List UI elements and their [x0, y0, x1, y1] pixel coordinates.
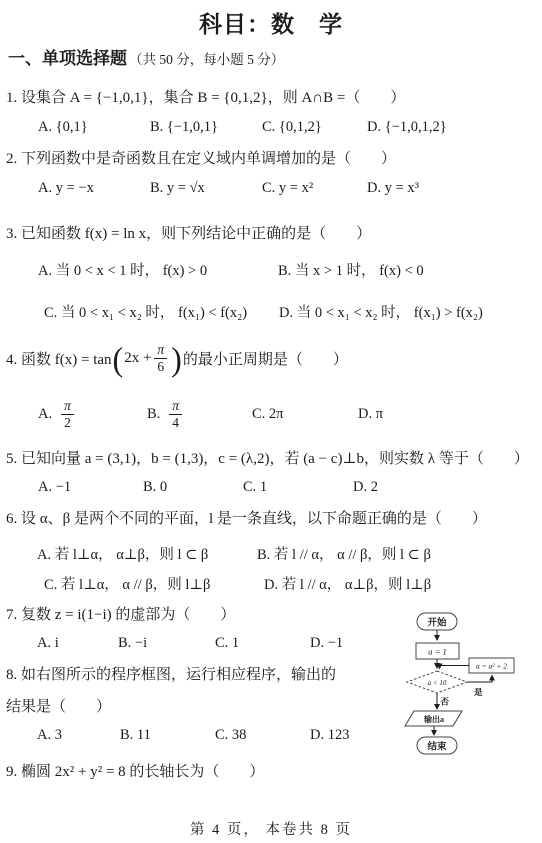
page-title: 科目：数 学 [0, 6, 542, 39]
q5-option-c: C. 1 [243, 479, 353, 496]
q6-option-a: A. 若 l⊥α， α⊥β，则 l ⊂ β [37, 543, 257, 564]
init-node-label: a = 1 [428, 647, 447, 657]
q4-right-paren: ) [171, 342, 182, 376]
q5-option-a: A. −1 [38, 479, 143, 496]
q4-option-b-numerator: π [169, 398, 182, 415]
q4-stem-fraction: π 6 [154, 342, 167, 375]
end-node-label: 结束 [427, 741, 447, 753]
q4-option-b-label: B. [147, 406, 160, 423]
page-footer: 第 4 页， 本卷共 8 页 [0, 818, 542, 839]
q1-option-b: B. {−1,0,1} [150, 119, 262, 136]
q7-stem: 7. 复数 z = i(1−i) 的虚部为（ ） [6, 603, 235, 624]
q3-options-row2: C. 当 0 < x₁ < x₂ 时， f(x₁) < f(x₂)D. 当 0 … [44, 301, 483, 322]
q3-options-row1: A. 当 0 < x < 1 时， f(x) > 0B. 当 x > 1 时， … [38, 259, 424, 280]
q3-option-a: A. 当 0 < x < 1 时， f(x) > 0 [38, 259, 278, 280]
q4-option-a-numerator: π [61, 398, 74, 415]
q3-option-b: B. 当 x > 1 时， f(x) < 0 [278, 259, 424, 280]
q7-option-a: A. i [37, 635, 118, 652]
q5-option-d: D. 2 [353, 479, 378, 496]
q3-stem: 3. 已知函数 f(x) = ln x，则下列结论中正确的是（ ） [6, 222, 371, 243]
q1-option-c: C. {0,1,2} [262, 119, 367, 136]
q6-stem: 6. 设 α、β 是两个不同的平面，l 是一条直线，以下命题正确的是（ ） [6, 507, 487, 528]
q4-option-a-fraction: π 2 [61, 398, 74, 431]
flow-arrow-yes [467, 676, 492, 683]
q7-options: A. iB. −iC. 1D. −1 [37, 635, 343, 652]
section-note: （共 50 分，每小题 5 分） [129, 52, 284, 67]
q4-option-a: A. π 2 [38, 398, 147, 431]
q4-stem-inner: 2x + [124, 350, 151, 367]
condition-label: a < 10 [428, 679, 447, 687]
q8-option-a: A. 3 [37, 727, 120, 744]
q3-option-d: D. 当 0 < x₁ < x₂ 时， f(x₁) > f(x₂) [279, 301, 483, 322]
q7-option-d: D. −1 [310, 635, 343, 652]
exam-page: 科目：数 学 一、单项选择题（共 50 分，每小题 5 分） 1. 设集合 A … [0, 0, 542, 843]
q4-option-a-label: A. [38, 406, 52, 423]
q6-options-row1: A. 若 l⊥α， α⊥β，则 l ⊂ βB. 若 l // α， α // β… [37, 543, 431, 564]
q1-option-a: A. {0,1} [38, 119, 150, 136]
q8-options: A. 3B. 11C. 38D. 123 [37, 727, 349, 744]
no-label: 否 [441, 697, 450, 707]
q4-stem-prefix: 4. 函数 f(x) = tan [6, 348, 112, 369]
q2-options: A. y = −xB. y = √xC. y = x²D. y = x³ [38, 180, 419, 197]
q8-stem-line1: 8. 如右图所示的程序框图，运行相应程序，输出的 [6, 663, 336, 684]
q4-frac-numerator: π [154, 342, 167, 359]
q1-stem: 1. 设集合 A = {−1,0,1}，集合 B = {0,1,2}，则 A∩B… [6, 86, 405, 107]
flowchart: 开始 a = 1 a = a² + 2 a < 10 是 否 输出a 结束 [390, 605, 542, 765]
q4-option-d: D. π [358, 406, 383, 423]
q9-stem: 9. 椭圆 2x² + y² = 8 的长轴长为（ ） [6, 760, 264, 781]
q4-frac-denominator: 6 [154, 359, 167, 375]
q5-option-b: B. 0 [143, 479, 243, 496]
q8-option-c: C. 38 [215, 727, 310, 744]
section-heading-row: 一、单项选择题（共 50 分，每小题 5 分） [8, 44, 284, 69]
q8-stem-line2: 结果是（ ） [6, 695, 111, 716]
output-node-label: 输出a [423, 714, 444, 724]
q7-option-c: C. 1 [215, 635, 310, 652]
q8-option-b: B. 11 [120, 727, 215, 744]
q2-option-d: D. y = x³ [367, 180, 419, 197]
q1-option-d: D. {−1,0,1,2} [367, 119, 447, 136]
q4-left-paren: ( [113, 342, 124, 376]
q4-options: A. π 2 B. π 4 C. 2π D. π [38, 398, 383, 431]
q6-option-d: D. 若 l // α， α⊥β，则 l⊥β [264, 573, 431, 594]
yes-label: 是 [474, 687, 483, 697]
q6-option-c: C. 若 l⊥α， α // β，则 l⊥β [44, 573, 264, 594]
q1-options: A. {0,1}B. {−1,0,1}C. {0,1,2}D. {−1,0,1,… [38, 119, 447, 136]
q8-option-d: D. 123 [310, 727, 349, 744]
q2-option-b: B. y = √x [150, 180, 262, 197]
q4-option-b: B. π 4 [147, 398, 252, 431]
q3-option-c: C. 当 0 < x₁ < x₂ 时， f(x₁) < f(x₂) [44, 301, 279, 322]
q6-options-row2: C. 若 l⊥α， α // β，则 l⊥βD. 若 l // α， α⊥β，则… [44, 573, 431, 594]
q7-option-b: B. −i [118, 635, 215, 652]
q4-stem: 4. 函数 f(x) = tan ( 2x + π 6 ) 的最小正周期是（ ） [6, 342, 348, 375]
loop-node-label: a = a² + 2 [476, 662, 507, 671]
flow-arrow-loop-return [440, 666, 470, 669]
q4-stem-suffix: 的最小正周期是（ ） [183, 348, 348, 369]
q2-option-a: A. y = −x [38, 180, 150, 197]
q4-option-a-denominator: 2 [61, 415, 74, 431]
q4-option-c: C. 2π [252, 406, 358, 423]
q2-option-c: C. y = x² [262, 180, 367, 197]
section-heading: 一、单项选择题 [8, 49, 127, 68]
start-node-label: 开始 [427, 617, 447, 629]
q4-option-b-denominator: 4 [169, 415, 182, 431]
q6-option-b: B. 若 l // α， α // β，则 l ⊂ β [257, 543, 431, 564]
q5-options: A. −1B. 0C. 1D. 2 [38, 479, 378, 496]
q5-stem: 5. 已知向量 a = (3,1)，b = (1,3)，c = (λ,2)，若 … [6, 447, 529, 468]
q2-stem: 2. 下列函数中是奇函数且在定义域内单调增加的是（ ） [6, 147, 396, 168]
q4-option-b-fraction: π 4 [169, 398, 182, 431]
